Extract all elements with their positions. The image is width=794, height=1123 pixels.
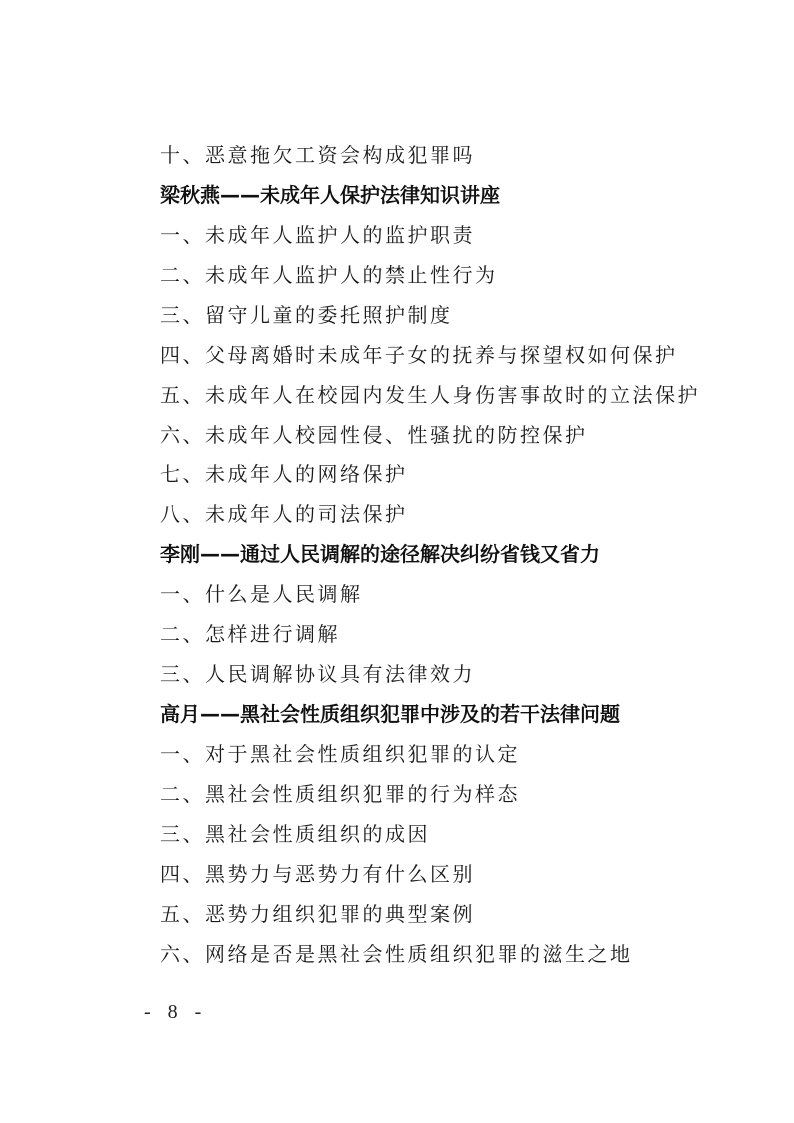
- list-item: 五、未成年人在校园内发生人身伤害事故时的立法保护: [160, 381, 700, 409]
- list-item: 四、黑势力与恶势力有什么区别: [160, 860, 475, 888]
- list-item: 二、怎样进行调解: [160, 620, 340, 648]
- list-item: 二、未成年人监护人的禁止性行为: [160, 261, 498, 289]
- list-item: 一、未成年人监护人的监护职责: [160, 221, 475, 249]
- list-item: 六、网络是否是黑社会性质组织犯罪的滋生之地: [160, 940, 633, 968]
- list-item: 五、恶势力组织犯罪的典型案例: [160, 900, 475, 928]
- list-item: 一、对于黑社会性质组织犯罪的认定: [160, 740, 520, 768]
- page-number: - 8 -: [144, 998, 207, 1026]
- list-item: 四、父母离婚时未成年子女的抚养与探望权如何保护: [160, 341, 678, 369]
- list-item: 七、未成年人的网络保护: [160, 460, 408, 488]
- section-heading: 梁秋燕——未成年人保护法律知识讲座: [160, 181, 500, 209]
- list-item: 二、黑社会性质组织犯罪的行为样态: [160, 780, 520, 808]
- list-item: 三、留守儿童的委托照护制度: [160, 301, 453, 329]
- list-item: 一、什么是人民调解: [160, 580, 363, 608]
- list-item: 八、未成年人的司法保护: [160, 500, 408, 528]
- list-item: 三、黑社会性质组织的成因: [160, 820, 430, 848]
- list-item: 六、未成年人校园性侵、性骚扰的防控保护: [160, 421, 588, 449]
- document-page: 十、恶意拖欠工资会构成犯罪吗 梁秋燕——未成年人保护法律知识讲座 一、未成年人监…: [0, 0, 794, 1123]
- section-heading: 李刚——通过人民调解的途径解决纠纷省钱又省力: [160, 540, 600, 568]
- section-heading: 高月——黑社会性质组织犯罪中涉及的若干法律问题: [160, 700, 620, 728]
- list-item: 三、人民调解协议具有法律效力: [160, 660, 475, 688]
- list-item: 十、恶意拖欠工资会构成犯罪吗: [160, 141, 475, 169]
